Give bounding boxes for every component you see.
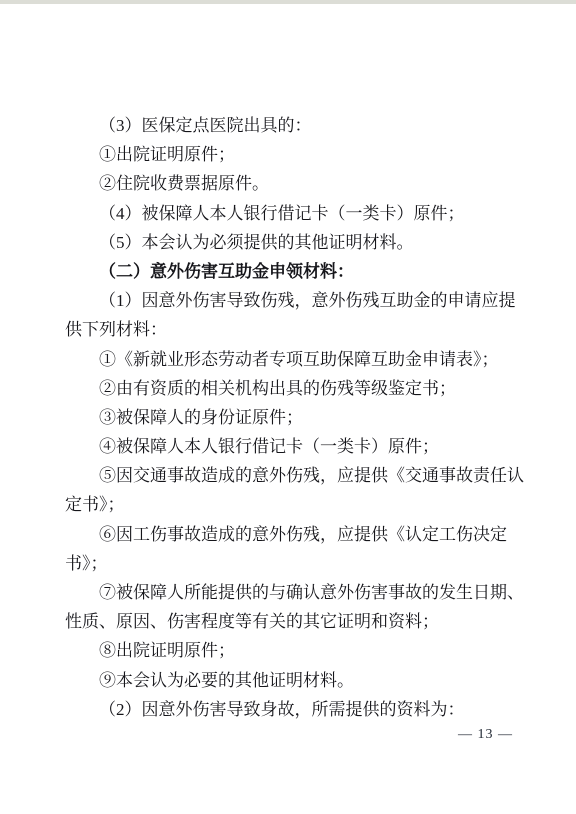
scan-edge-band bbox=[0, 0, 576, 4]
text-line: （2）因意外伤害导致身故，所需提供的资料为： bbox=[65, 695, 511, 724]
text-line: （5）本会认为必须提供的其他证明材料。 bbox=[65, 228, 511, 257]
text-line: 性质、原因、伤害程度等有关的其它证明和资料； bbox=[65, 607, 511, 636]
text-line: ⑤因交通事故造成的意外伤残，应提供《交通事故责任认 bbox=[65, 461, 511, 490]
text-line: ③被保障人的身份证原件； bbox=[65, 403, 511, 432]
text-line: ④被保障人本人银行借记卡（一类卡）原件； bbox=[65, 432, 511, 461]
text-line: ①出院证明原件； bbox=[65, 140, 511, 169]
text-line: 供下列材料： bbox=[65, 315, 511, 344]
text-line: （4）被保障人本人银行借记卡（一类卡）原件； bbox=[65, 199, 511, 228]
text-line: ⑥因工伤事故造成的意外伤残，应提供《认定工伤决定 bbox=[65, 520, 511, 549]
text-line: ⑧出院证明原件； bbox=[65, 636, 511, 665]
text-line: ⑨本会认为必要的其他证明材料。 bbox=[65, 666, 511, 695]
text-line: ⑦被保障人所能提供的与确认意外伤害事故的发生日期、 bbox=[65, 578, 511, 607]
text-line: 定书》； bbox=[65, 490, 511, 519]
document-page: （3）医保定点医院出具的： ①出院证明原件； ②住院收费票据原件。 （4）被保障… bbox=[0, 0, 576, 814]
section-heading: （二）意外伤害互助金申领材料： bbox=[65, 257, 511, 286]
document-body: （3）医保定点医院出具的： ①出院证明原件； ②住院收费票据原件。 （4）被保障… bbox=[65, 111, 511, 724]
text-line: （3）医保定点医院出具的： bbox=[65, 111, 511, 140]
text-line: ②住院收费票据原件。 bbox=[65, 169, 511, 198]
page-number: — 13 — bbox=[458, 726, 513, 744]
text-line: ①《新就业形态劳动者专项互助保障互助金申请表》； bbox=[65, 345, 511, 374]
text-line: 书》； bbox=[65, 549, 511, 578]
text-line: （1）因意外伤害导致伤残，意外伤残互助金的申请应提 bbox=[65, 286, 511, 315]
text-line: ②由有资质的相关机构出具的伤残等级鉴定书； bbox=[65, 374, 511, 403]
